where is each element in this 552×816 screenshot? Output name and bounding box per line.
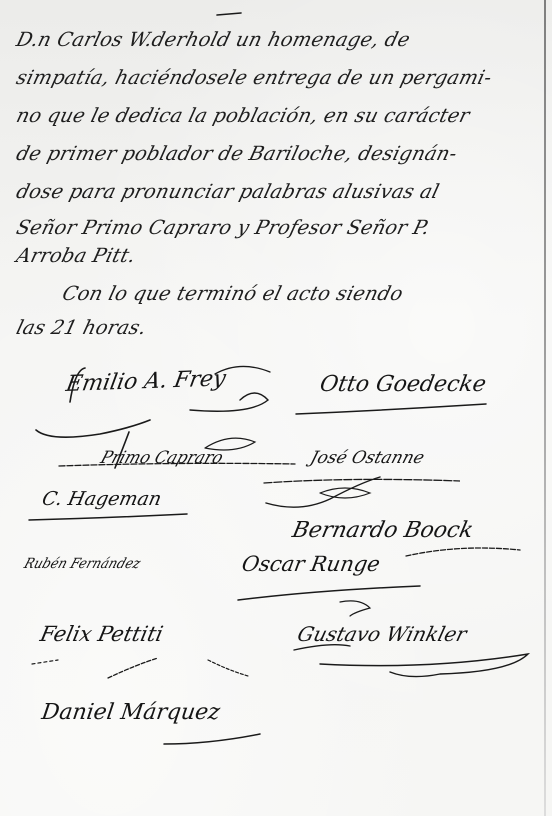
signature-name: Otto Goedecke [318,372,488,397]
body-line-8: Con lo que terminó el acto siendo [60,282,406,305]
body-line-2: simpatía, haciéndosele entrega de un per… [14,66,494,89]
signature-c-hageman: C. Hageman [40,488,164,510]
signature-name: C. Hageman [40,488,164,510]
body-line-4: de primer poblador de Bariloche, designá… [14,142,459,165]
signature-name: Rubén Fernández [22,556,142,572]
signature-daniel-marquez: Daniel Márquez [40,700,222,725]
signature-name: José Ostanne [308,448,427,468]
signature-jose-ostanne: José Ostanne [308,448,427,468]
margin-rule [544,0,546,816]
body-line-1: D.n Carlos W.derhold un homenage, de [14,28,413,51]
signature-name: Daniel Márquez [40,700,222,725]
body-line-9: las 21 horas. [14,316,149,339]
signature-name: Felix Pettiti [38,622,165,646]
signature-name: Oscar Runge [240,552,382,576]
signature-bernardo-boock: Bernardo Boock [290,518,475,543]
signature-ruben-fernandez: Rubén Fernández [22,556,142,572]
body-line-6: Señor Primo Capraro y Profesor Señor P. [14,216,432,239]
body-line-7: Arroba Pitt. [14,244,138,267]
signature-name: Bernardo Boock [290,518,475,543]
body-line-5: dose para pronunciar palabras alusivas a… [14,180,442,203]
signature-felix-pettiti: Felix Pettiti [38,622,165,646]
signature-primo-capraro: Primo Capraro [98,448,226,468]
signature-name: Gustavo Winkler [295,622,469,646]
signature-otto-goedecke: Otto Goedecke [318,372,488,397]
body-line-3: no que le dedica la población, en su car… [14,104,472,127]
signature-name: Primo Capraro [98,448,226,468]
signature-gustavo-winkler: Gustavo Winkler [295,622,469,646]
signature-oscar-runge: Oscar Runge [240,552,382,576]
